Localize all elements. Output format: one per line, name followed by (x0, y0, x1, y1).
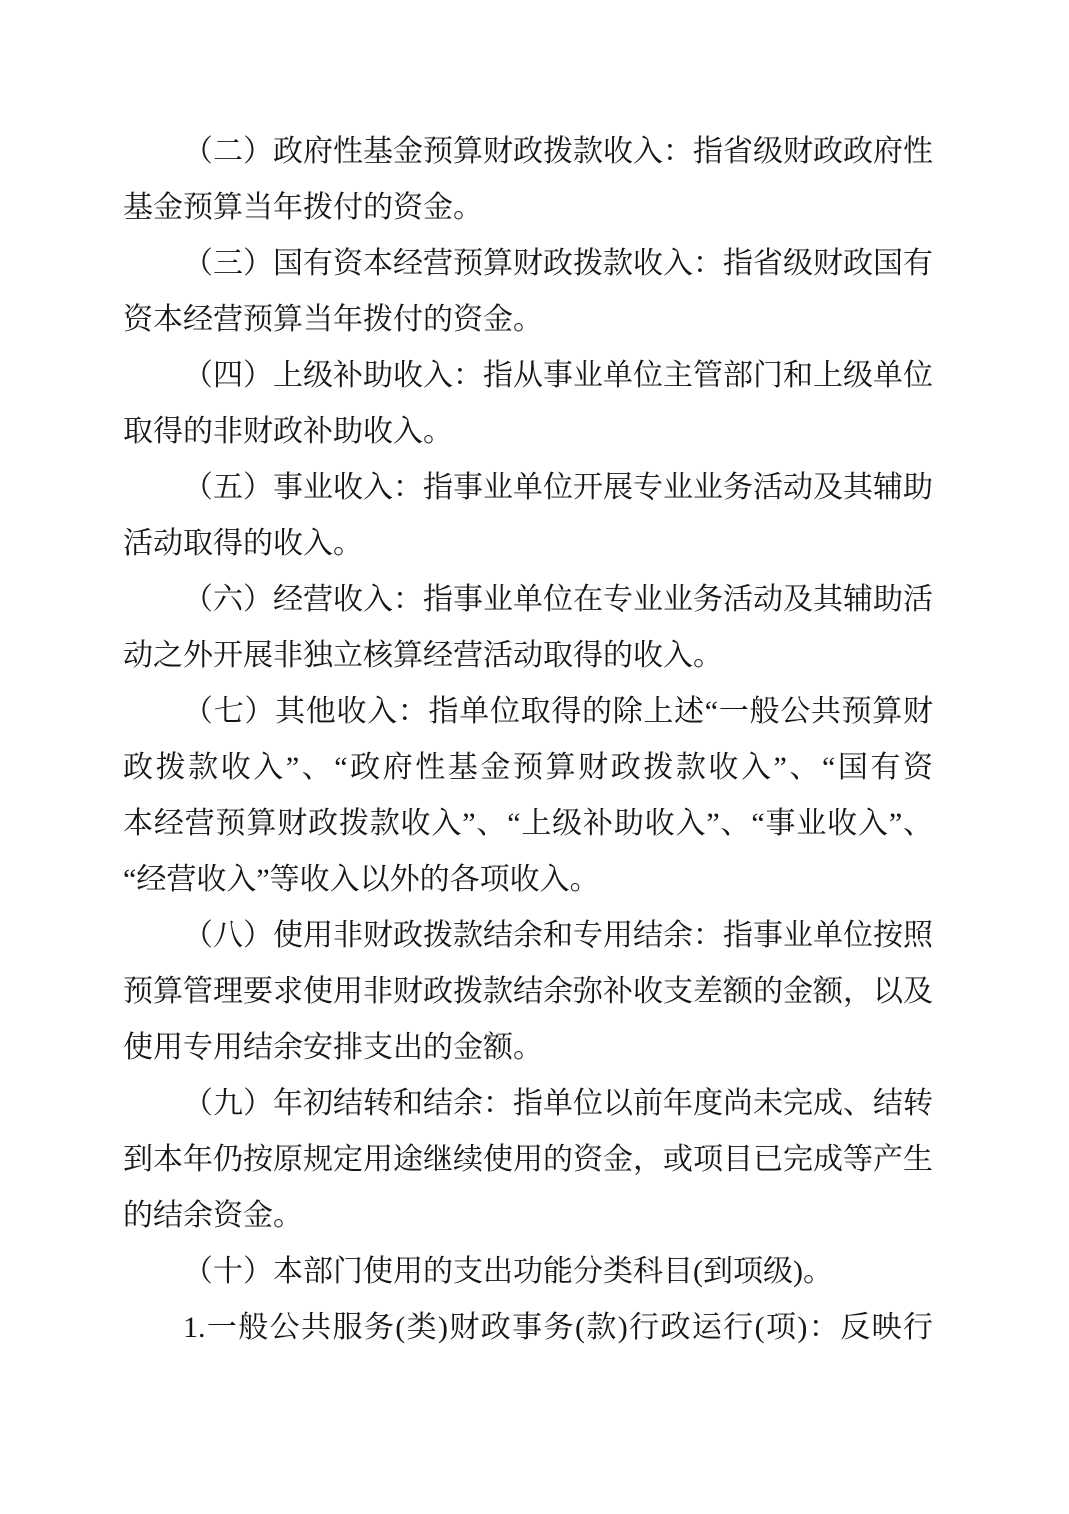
text-line: 本经营预算财政拨款收入”、“上级补助收入”、“事业收入”、 (123, 796, 933, 852)
text-line: （六）经营收入：指事业单位在专业业务活动及其辅助活 (123, 572, 933, 628)
paragraph: 1.一般公共服务(类)财政事务(款)行政运行(项)：反映行 (123, 1300, 933, 1356)
text-line: 动之外开展非独立核算经营活动取得的收入。 (123, 628, 933, 684)
text-line: （七）其他收入：指单位取得的除上述“一般公共预算财 (123, 684, 933, 740)
paragraph: （七）其他收入：指单位取得的除上述“一般公共预算财政拨款收入”、“政府性基金预算… (123, 684, 933, 908)
text-line: （八）使用非财政拨款结余和专用结余：指事业单位按照 (123, 908, 933, 964)
document-page: （二）政府性基金预算财政拨款收入：指省级财政政府性基金预算当年拨付的资金。（三）… (0, 0, 1069, 1514)
text-line: “经营收入”等收入以外的各项收入。 (123, 852, 933, 908)
text-line: （五）事业收入：指事业单位开展专业业务活动及其辅助 (123, 460, 933, 516)
text-line: 活动取得的收入。 (123, 516, 933, 572)
paragraph: （九）年初结转和结余：指单位以前年度尚未完成、结转到本年仍按原规定用途继续使用的… (123, 1076, 933, 1244)
paragraph: （十）本部门使用的支出功能分类科目(到项级)。 (123, 1244, 933, 1300)
paragraph: （三）国有资本经营预算财政拨款收入：指省级财政国有资本经营预算当年拨付的资金。 (123, 236, 933, 348)
text-line: （十）本部门使用的支出功能分类科目(到项级)。 (123, 1244, 933, 1300)
text-line: （三）国有资本经营预算财政拨款收入：指省级财政国有 (123, 236, 933, 292)
text-line: 的结余资金。 (123, 1188, 933, 1244)
text-line: （九）年初结转和结余：指单位以前年度尚未完成、结转 (123, 1076, 933, 1132)
text-line: 资本经营预算当年拨付的资金。 (123, 292, 933, 348)
paragraph: （二）政府性基金预算财政拨款收入：指省级财政政府性基金预算当年拨付的资金。 (123, 124, 933, 236)
paragraph: （五）事业收入：指事业单位开展专业业务活动及其辅助活动取得的收入。 (123, 460, 933, 572)
text-line: （四）上级补助收入：指从事业单位主管部门和上级单位 (123, 348, 933, 404)
text-line: 取得的非财政补助收入。 (123, 404, 933, 460)
document-body: （二）政府性基金预算财政拨款收入：指省级财政政府性基金预算当年拨付的资金。（三）… (123, 124, 933, 1356)
paragraph: （四）上级补助收入：指从事业单位主管部门和上级单位取得的非财政补助收入。 (123, 348, 933, 460)
text-line: 到本年仍按原规定用途继续使用的资金，或项目已完成等产生 (123, 1132, 933, 1188)
text-line: 政拨款收入”、“政府性基金预算财政拨款收入”、“国有资 (123, 740, 933, 796)
text-line: 预算管理要求使用非财政拨款结余弥补收支差额的金额，以及 (123, 964, 933, 1020)
text-line: （二）政府性基金预算财政拨款收入：指省级财政政府性 (123, 124, 933, 180)
text-line: 1.一般公共服务(类)财政事务(款)行政运行(项)：反映行 (123, 1300, 933, 1356)
text-line: 使用专用结余安排支出的金额。 (123, 1020, 933, 1076)
paragraph: （八）使用非财政拨款结余和专用结余：指事业单位按照预算管理要求使用非财政拨款结余… (123, 908, 933, 1076)
text-line: 基金预算当年拨付的资金。 (123, 180, 933, 236)
paragraph: （六）经营收入：指事业单位在专业业务活动及其辅助活动之外开展非独立核算经营活动取… (123, 572, 933, 684)
